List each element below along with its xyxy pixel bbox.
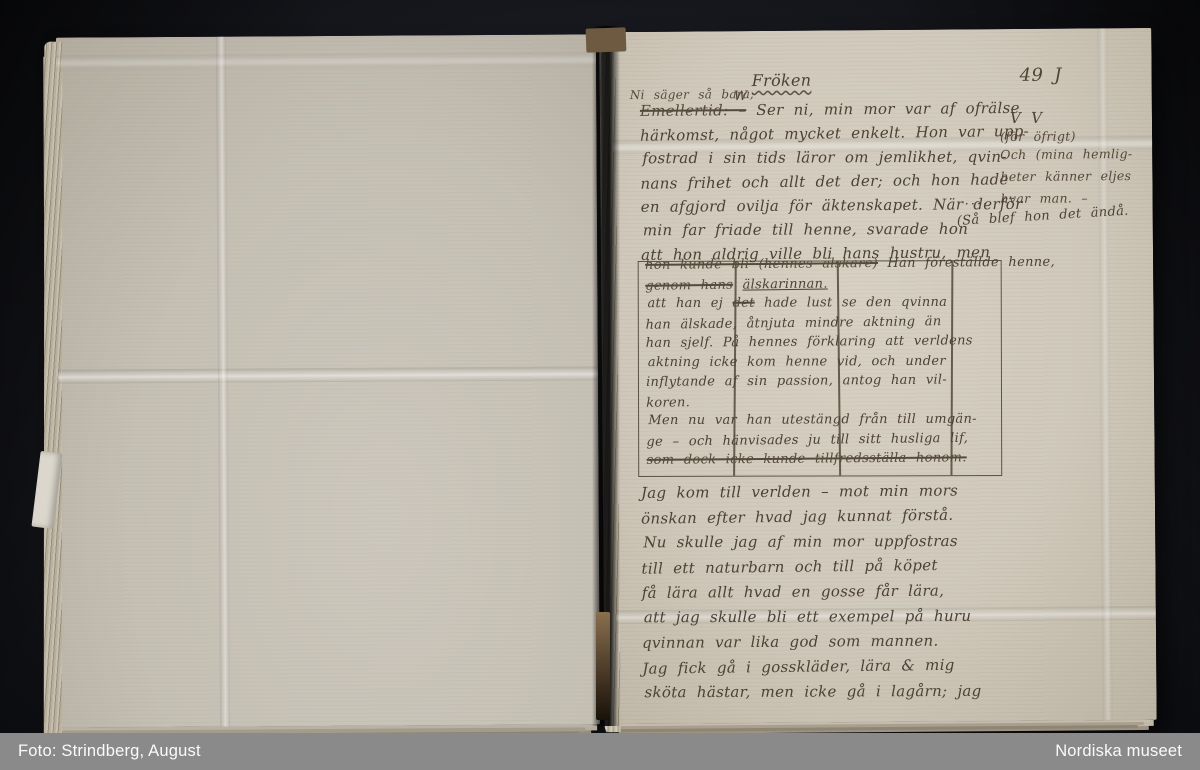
manuscript-line: sköta hästar, men icke gå i lagårn; jag <box>644 682 981 708</box>
struck-word: genom hans <box>645 277 733 293</box>
page-title: Fröken <box>752 71 812 90</box>
manuscript-line: till ett naturbarn och till på köpet <box>641 556 978 585</box>
manuscript-line: qvinnan var lika god som mannen. <box>642 631 979 659</box>
paragraph-2: Jag kom till verlden – mot min mors önsk… <box>641 481 980 709</box>
struck-word: det <box>733 296 755 311</box>
inserted-word: älskarinnan. <box>742 276 827 292</box>
manuscript-line: få lära allt hvad en gosse får lära, <box>642 581 979 609</box>
manuscript-line: Jag fick gå i gosskläder, lära & mig <box>642 656 979 685</box>
page-number: 49 J <box>1020 65 1062 86</box>
manuscript-line: önskan efter hvad jag kunnat förstå. <box>641 506 978 535</box>
manuscript-line: Men nu var han utestängd från till umgän… <box>648 411 1058 432</box>
manuscript-photo: Ni säger så bara; Fröken 49 J W V V (för… <box>0 0 1200 770</box>
manuscript-line: Jag kom till verlden – mot min mors <box>641 481 978 509</box>
museum-credit: Nordiska museet <box>1055 742 1182 761</box>
photo-credit: Foto: Strindberg, August <box>18 742 201 761</box>
line-text: Han föreställde henne, <box>887 255 1055 271</box>
blank-left-page <box>56 34 600 727</box>
manuscript-line: att han ej det hade lust se den qvinna <box>647 294 1057 315</box>
manuscript-line: aktning icke kom henne vid, och under <box>648 353 1058 374</box>
paragraph-1: Emellertid: – Ser ni, min mor var af ofr… <box>640 99 1030 270</box>
fold-crease <box>58 366 598 383</box>
manuscript-line: Nu skulle jag af min mor uppfostras <box>643 532 980 558</box>
manuscript-line: nans frihet och allt det der; och hon ha… <box>640 170 1029 199</box>
struck-word: hon kunde bli (hennes älskare) <box>645 256 878 273</box>
fold-crease <box>1097 28 1112 720</box>
line-text: hade lust se den qvinna <box>764 295 947 311</box>
manuscript-line: min far friade till henne, svarade hon <box>643 220 1032 246</box>
line-text: att han ej <box>647 296 723 311</box>
struck-word: Emellertid: – <box>640 101 746 120</box>
handwritten-right-page: Ni säger så bara; Fröken 49 J W V V (för… <box>611 28 1156 724</box>
fold-crease <box>56 52 596 69</box>
line-text: Ser ni, min mor var af ofrälse <box>756 99 1020 119</box>
caption-bar: Foto: Strindberg, August Nordiska museet <box>0 733 1200 770</box>
boxed-paragraph: hon kunde bli (hennes älskare) Han föres… <box>645 255 1056 473</box>
manuscript-line: fostrad i sin tids läror om jemlikhet, q… <box>642 148 1031 174</box>
manuscript-line: en afgjord ovilja för äktenskapet. När d… <box>641 195 1030 222</box>
manuscript-line: att jag skulle bli ett exempel på huru <box>644 607 981 633</box>
manuscript-line: härkomst, något mycket enkelt. Hon var u… <box>640 122 1029 151</box>
fold-crease <box>216 37 230 727</box>
